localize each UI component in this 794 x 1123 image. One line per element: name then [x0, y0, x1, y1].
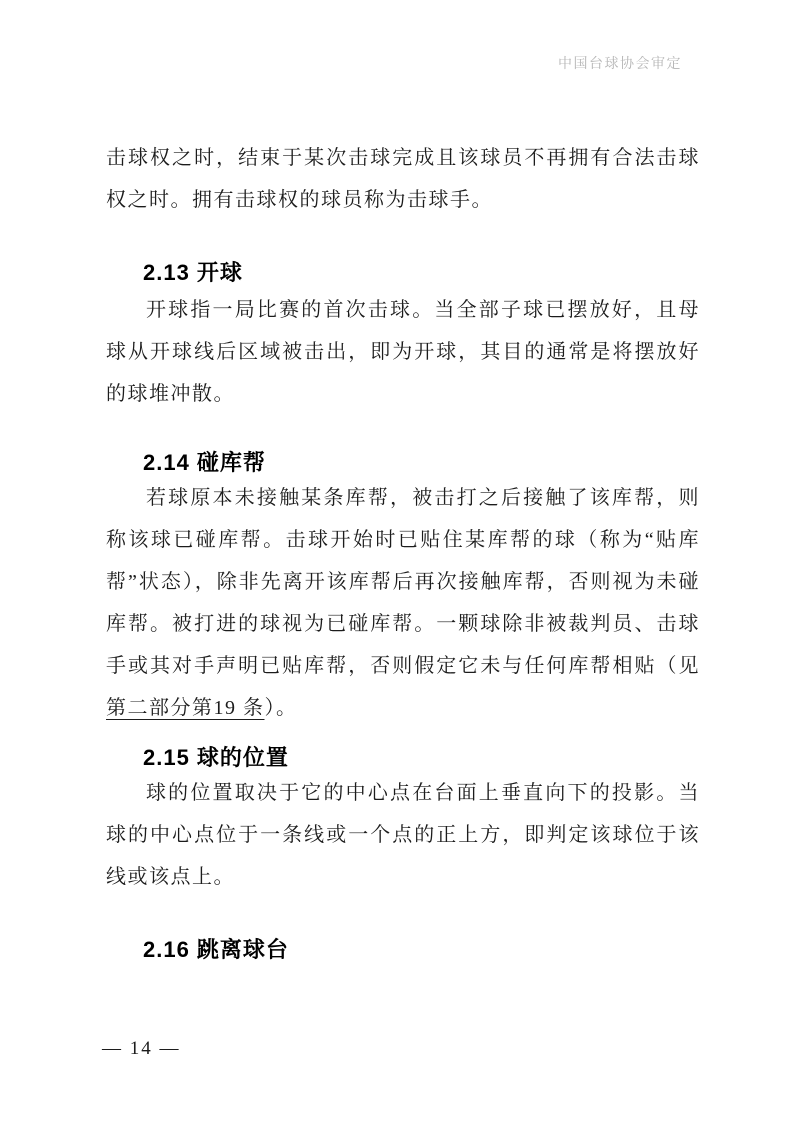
- header-approval-text: 中国台球协会审定: [558, 57, 682, 72]
- section-2-14-paragraph: 若球原本未接触某条库帮，被击打之后接触了该库帮，则称该球已碰库帮。击球开始时已贴…: [106, 477, 700, 729]
- section-heading-2-15-ball-position: 2.15 球的位置: [106, 744, 700, 772]
- document-header: 中国台球协会审定: [558, 53, 682, 73]
- section-heading-2-14-cushion-contact: 2.14 碰库帮: [106, 449, 700, 477]
- section-heading-2-13-break-shot: 2.13 开球: [106, 259, 700, 287]
- page-number: — 14 —: [102, 1038, 181, 1060]
- intro-paragraph: 击球权之时，结束于某次击球完成且该球员不再拥有合法击球权之时。拥有击球权的球员称…: [106, 137, 700, 221]
- cross-reference-link-part2-rule19[interactable]: 第二部分第19 条: [106, 697, 265, 719]
- section-2-15-paragraph: 球的位置取决于它的中心点在台面上垂直向下的投影。当球的中心点位于一条线或一个点的…: [106, 772, 700, 898]
- section-heading-2-16-jumped-off-table: 2.16 跳离球台: [106, 936, 700, 964]
- document-content: 击球权之时，结束于某次击球完成且该球员不再拥有合法击球权之时。拥有击球权的球员称…: [106, 137, 700, 964]
- section-2-14-text-before-link: 若球原本未接触某条库帮，被击打之后接触了该库帮，则称该球已碰库帮。击球开始时已贴…: [106, 487, 700, 677]
- section-2-14-text-after-link: ）。: [265, 697, 298, 719]
- section-2-13-paragraph: 开球指一局比赛的首次击球。当全部子球已摆放好，且母球从开球线后区域被击出，即为开…: [106, 289, 700, 415]
- document-page: 中国台球协会审定 击球权之时，结束于某次击球完成且该球员不再拥有合法击球权之时。…: [0, 0, 794, 1123]
